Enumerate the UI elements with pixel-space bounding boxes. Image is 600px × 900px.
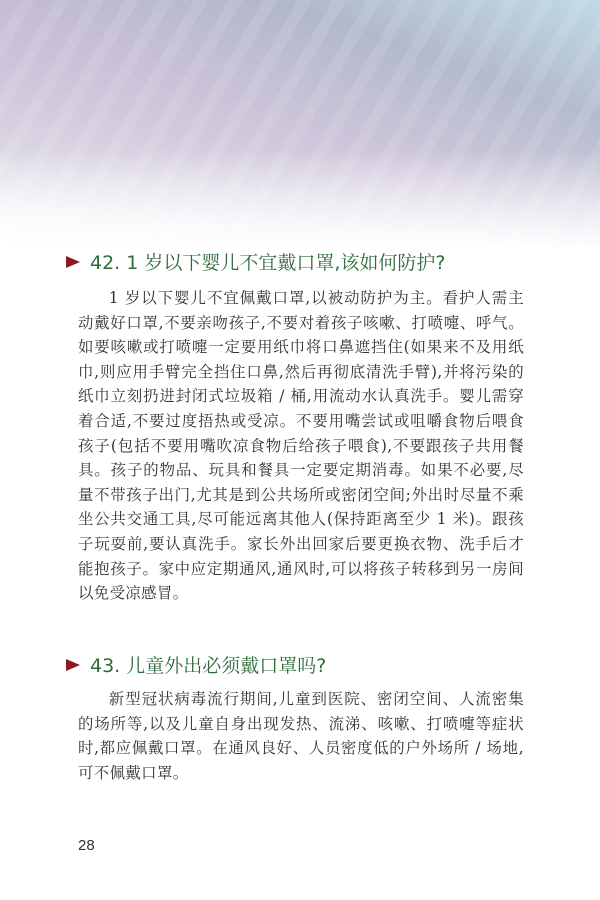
section-heading-43: 43. 儿童外出必须戴口罩吗? <box>66 651 326 678</box>
arrow-bullet-icon <box>66 256 80 268</box>
page-number: 28 <box>78 837 95 854</box>
heading-text: 43. 儿童外出必须戴口罩吗? <box>90 651 326 678</box>
heading-text: 42. 1 岁以下婴儿不宜戴口罩,该如何防护? <box>90 248 446 275</box>
arrow-bullet-icon <box>66 659 80 671</box>
section-heading-42: 42. 1 岁以下婴儿不宜戴口罩,该如何防护? <box>66 248 446 275</box>
section-body-42: 1 岁以下婴儿不宜佩戴口罩,以被动防护为主。看护人需主动戴好口罩,不要亲吻孩子,… <box>78 286 524 606</box>
banner-fade <box>0 150 600 250</box>
section-body-43: 新型冠状病毒流行期间,儿童到医院、密闭空间、人流密集的场所等,以及儿童自身出现发… <box>78 687 524 785</box>
